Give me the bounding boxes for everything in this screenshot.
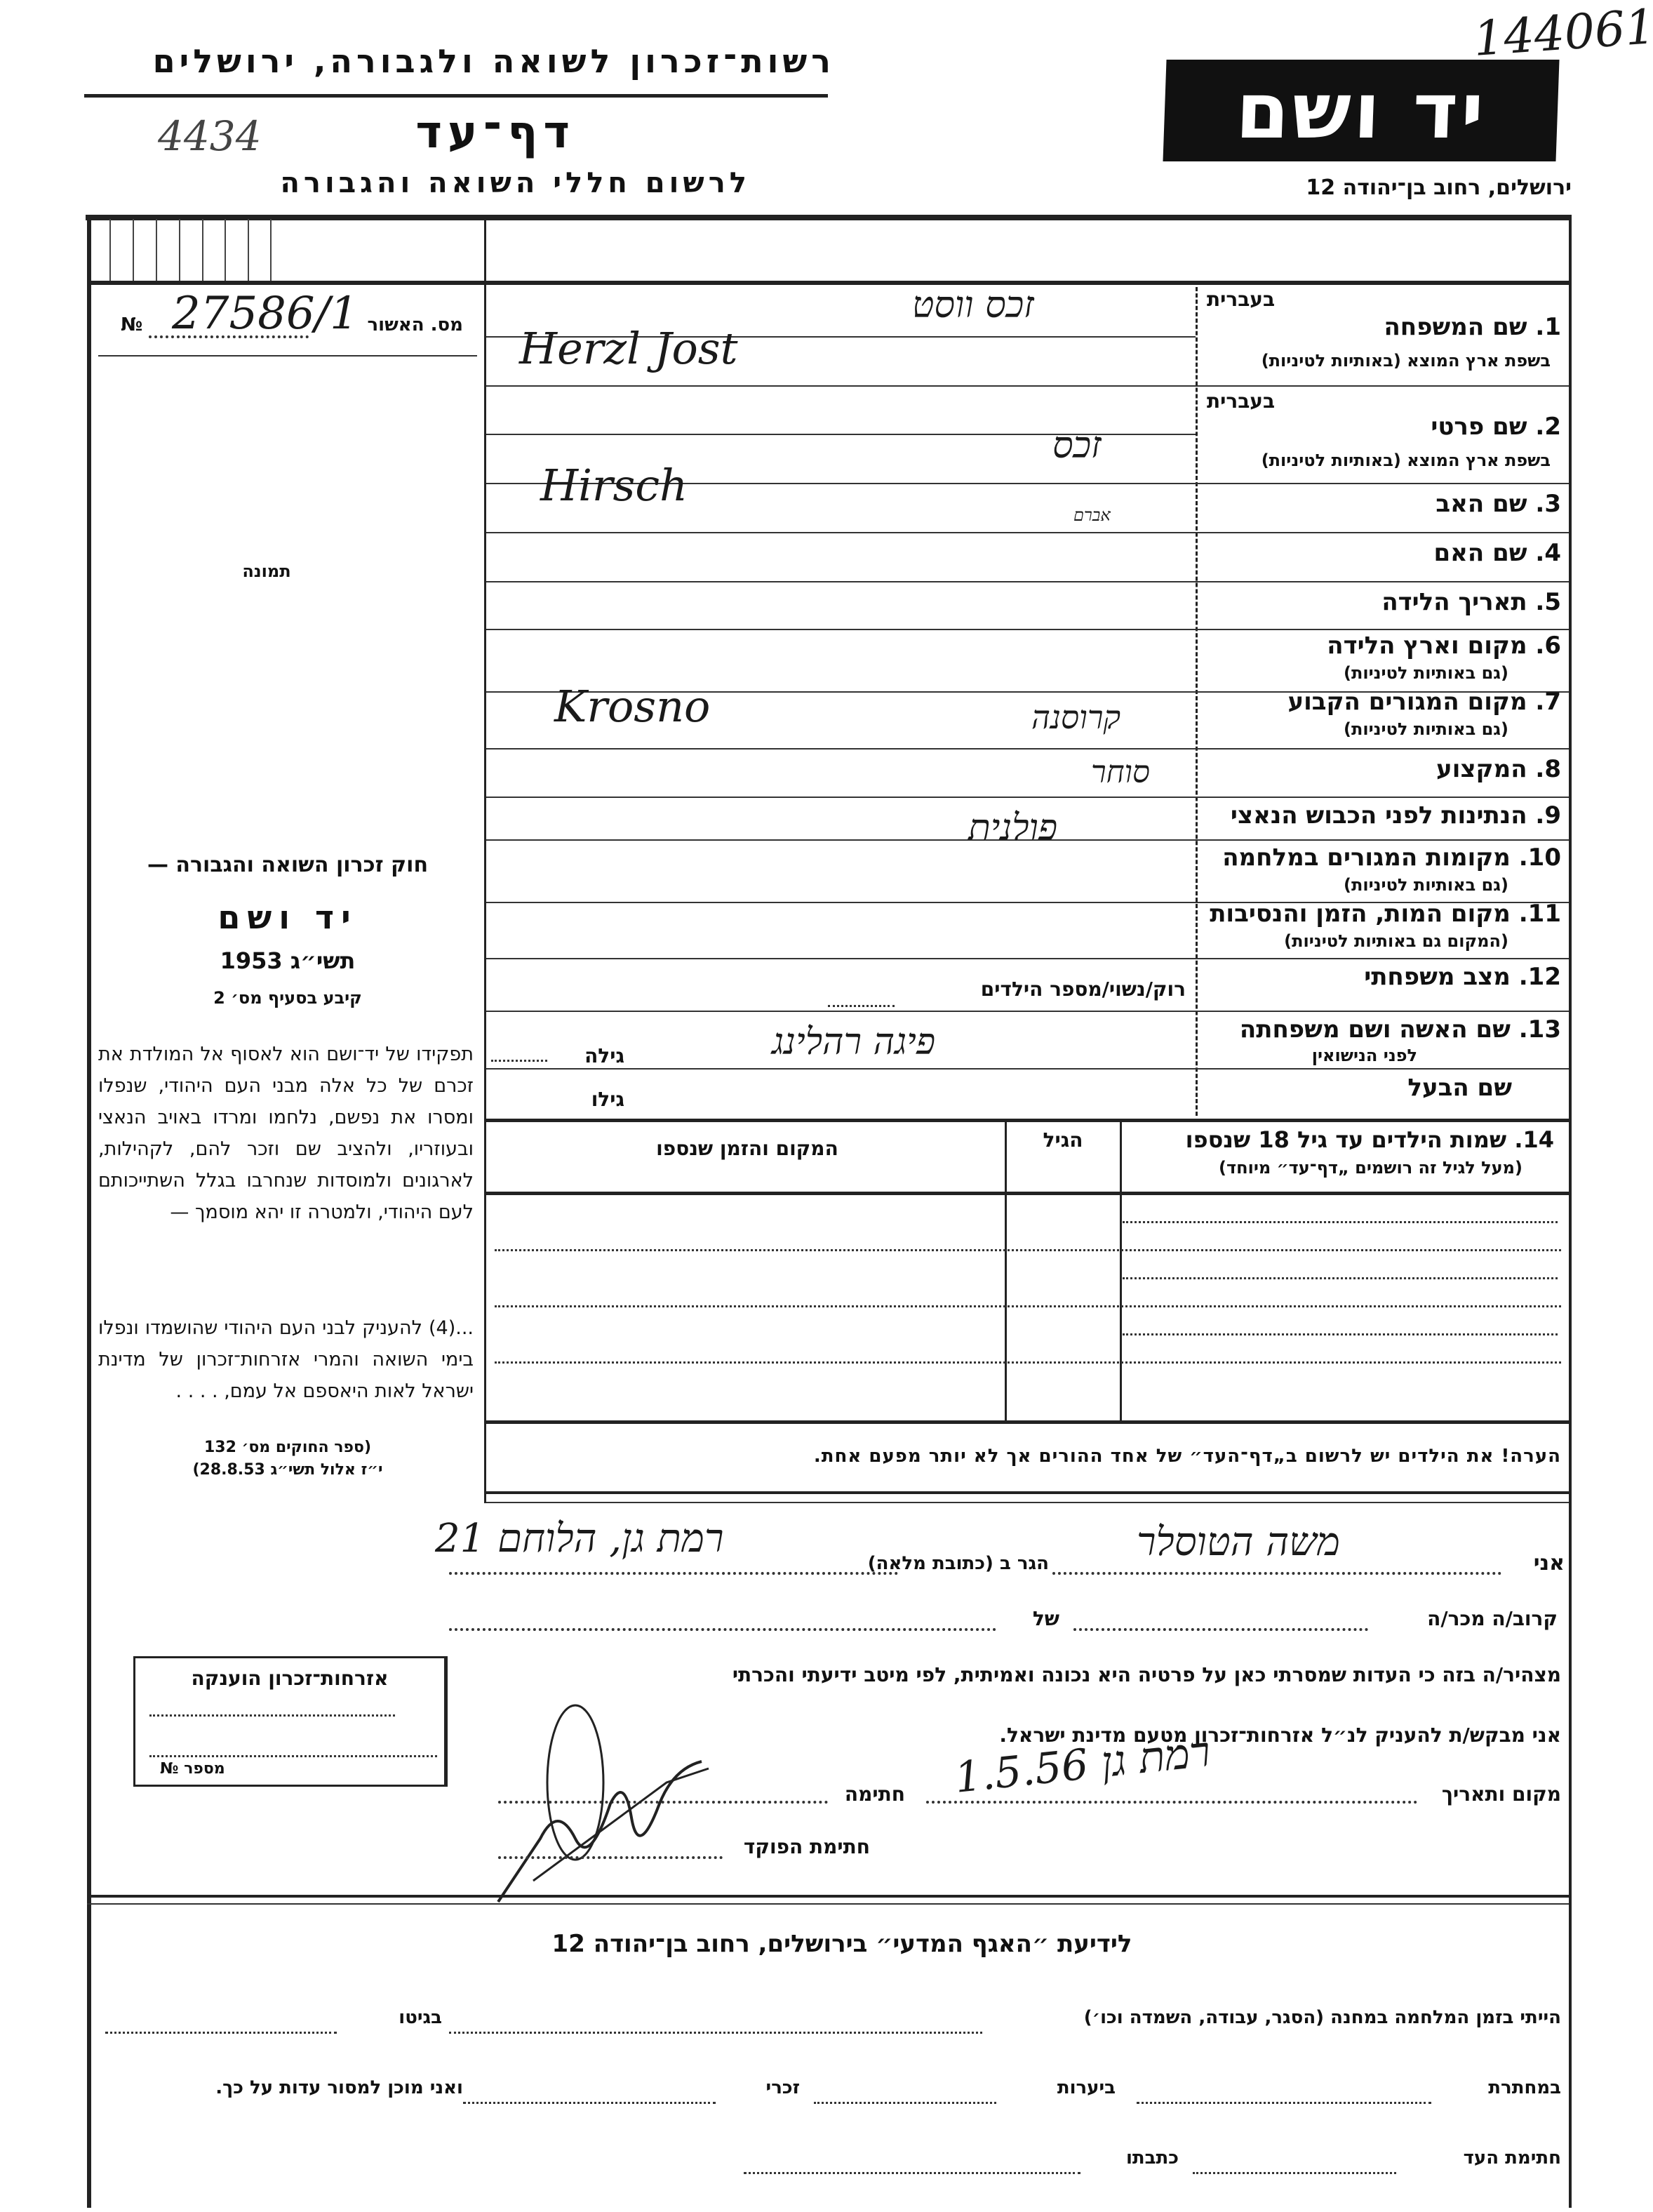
surname-latin-value[interactable]: Herzl Jost [519,323,738,374]
citizenship-box-line [149,1714,395,1717]
of-label: של [1010,1607,1059,1630]
field-10-label: 10. מקומות המגורים במלחמה [1200,844,1561,872]
ready-to-testify: ואני מוכן למסור עדות על כך. [84,2077,463,2098]
field-11-label: 11. מקום המות, הזמן והנסיבות [1200,900,1561,928]
underground-line [1137,2102,1431,2104]
law-title: חוק זכרון השואה והגבורה — [105,853,470,877]
children-col-age: הגיל [1007,1128,1119,1152]
row-divider [486,1011,1569,1012]
declarant-name-value[interactable]: משה הטוסלר [1137,1519,1340,1565]
approval-no-symbol: № [121,314,142,335]
officer-signature-line [498,1856,723,1859]
wife-name-value[interactable]: פיגה רהלינג [772,1021,935,1063]
row-divider [486,1068,1569,1070]
children-table-header-bottom [486,1192,1569,1195]
children-row[interactable] [495,1249,1561,1251]
field-13-label: 13. שם האשה ושם משפחתה [1207,1015,1561,1044]
grid-bottom [87,281,1569,285]
box-divider [225,219,226,281]
footer-title: לידיעת ״האגף המדעי״ בירושלים, רחוב בן־יה… [421,1930,1263,1958]
place-date-label: מקום ותאריך [1424,1783,1561,1806]
row-divider [486,385,1569,387]
label-column-divider [1196,281,1198,1116]
wife-age-label: גילה [554,1044,624,1067]
field-13-sub: לפני הנישואין [1207,1046,1417,1065]
organization-name: רשות־זכרון לשואה ולגבורה, ירושלים [84,42,835,80]
address-value[interactable]: רמת גן, הלוחם 21 [435,1516,724,1561]
field-7-sub: (גם באותיות לטיניות) [1207,719,1508,739]
surname-hebrew-value[interactable]: זכס ווסט [912,284,1034,326]
children-label: 14. שמות הילדים עד גיל 18 שנספו [1130,1126,1554,1153]
box-divider [133,219,134,281]
field-5-label: 5. תאריך הלידה [1207,588,1561,616]
box-divider [202,219,203,281]
children-row[interactable] [495,1361,1561,1364]
field-1-sub: בשפת ארץ המוצא (באותיות לטיניות) [1200,351,1551,371]
children-sub: (מעל לגיל זה רושמים „דף־עד״ מיוחד) [1130,1158,1522,1178]
field-3-label: 3. שם האב [1207,490,1561,518]
children-table-top [486,1119,1569,1122]
law-name: יד ושם [105,898,470,936]
marital-status-options: רוק/נשוי/מספר הילדים [877,978,1186,1001]
archive-number: 144061 [1472,0,1653,67]
ghetto-line [105,2032,337,2034]
field-12-label: 12. מצב משפחתי [1207,963,1561,991]
witness-address-line [744,2172,1080,2174]
field-8-label: 8. המקצוע [1207,755,1561,783]
citizenship-box-number-label: מספר № [160,1760,225,1778]
frame-top [86,215,1570,220]
witness-signature-label: חתימת העד [1403,2147,1561,2168]
children-row[interactable] [1123,1277,1558,1279]
citizenship-box-title: אזרחות־זכרון הוענקה [135,1667,444,1690]
row-divider [486,797,1569,798]
law-year: תשי״ג 1953 [105,947,470,974]
row-divider [486,532,1569,533]
forests-label: ביערות [1010,2077,1116,2098]
children-row[interactable] [495,1305,1561,1307]
children-row[interactable] [1123,1221,1558,1223]
field-1-number: 1. [1535,313,1561,341]
field-6-label: 6. מקום וארץ הלידה [1207,632,1561,660]
ghetto-label: בגיטו [351,2007,442,2028]
box-divider [248,219,249,281]
form-title: דף־עד [309,107,575,159]
children-col-divider [1120,1119,1122,1420]
row-divider [486,629,1569,630]
declarant-label: אני [1508,1551,1565,1575]
field-2-label-text: שם פרטי [1431,413,1527,441]
field-2-sub: בשפת ארץ המוצא (באותיות לטיניות) [1200,451,1551,470]
remember-label: זכרי [730,2077,800,2098]
field-1-hebrew-tag: בעברית [1207,288,1312,311]
row-divider [486,581,1569,582]
forests-line [814,2102,996,2104]
declaration-bottom-rule [87,1895,1569,1898]
profession-value[interactable]: סוחר [1091,754,1150,790]
field-2-hebrew-tag: בעברית [1207,389,1312,413]
children-col-divider [1005,1119,1007,1420]
box-divider [109,219,111,281]
residence-latin-value[interactable]: Krosno [554,681,710,732]
firstname-hebrew-value[interactable]: זכס [1052,425,1102,467]
camp-label: הייתי בזמן המלחמה במחנה (הסגר, עבודה, הש… [996,2007,1561,2028]
husband-age-label: גילו [554,1088,624,1111]
law-text-purpose: תפקידו של יד־ושם הוא לאסוף אל המולדת את … [98,1039,474,1228]
note-rule [486,1491,1569,1494]
father-name-hebrew-value[interactable]: אברם [1073,505,1111,526]
row-divider [486,958,1569,959]
children-col-place: המקום והזמן שנספו [491,1137,1003,1160]
witness-address-label: כתבתו [1095,2147,1179,2168]
signature-label: חתימה [835,1783,905,1806]
row-divider [486,748,1569,749]
declarant-name-line [1052,1572,1501,1575]
declaration-bottom-rule-2 [87,1903,1569,1905]
nationality-value[interactable]: פולנית [968,807,1057,849]
address-line [449,1572,898,1575]
underground-label: במחתרת [1438,2077,1561,2098]
address-label: הגר ב (כתובת מלאה) [902,1553,1049,1574]
photo-label: תמונה [210,561,323,581]
relation-line [1073,1628,1368,1631]
wife-age-line [491,1060,547,1062]
children-note: הערה! את הילדים יש לרשום ב„דף־העד״ של אח… [491,1446,1561,1467]
witness-signature-line [1193,2172,1396,2174]
frame-left [87,215,91,2208]
box-divider [156,219,157,281]
form-subtitle: לרשום חללי השואה והגבורה [168,167,751,199]
box-divider [270,219,272,281]
remember-line [463,2102,716,2104]
frame-right [1569,215,1572,2208]
officer-signature-label: חתימת הפוקד [730,1835,870,1858]
approval-divider [98,355,477,357]
field-2-number: 2. [1535,413,1561,441]
handwritten-sheet-number: 4434 [158,112,262,160]
citizenship-box-line [149,1755,437,1757]
place-date-line [926,1801,1417,1804]
approval-label: מס. האשור [309,314,463,335]
father-name-value[interactable]: Hirsch [540,460,688,511]
law-reference: (ספר החוקים מס׳ 132 [105,1439,470,1456]
field-4-label: 4. שם האם [1207,539,1561,567]
children-row[interactable] [1123,1333,1558,1335]
law-text-citizenship: ...(4) להעניק לבני העם היהודי שהושמדו ונ… [98,1312,474,1407]
husband-name-label: שם הבעל [1207,1074,1512,1102]
citizenship-box: אזרחות־זכרון הוענקה מספר № [133,1656,448,1787]
field-11-sub: (המקום גם באותיות לטיניות) [1200,931,1508,951]
yad-vashem-logo: יד ושם [1163,60,1559,161]
field-10-sub: (גם באותיות לטיניות) [1207,875,1508,895]
field-1-label: 1. שם המשפחה [1207,313,1561,341]
left-column-divider [484,219,486,1503]
field-2-label: 2. שם פרטי [1207,413,1561,441]
header-rule [84,94,828,98]
field-1-label-text: שם המשפחה [1384,313,1527,341]
relation-label: קרוב/ה מכר/ה [1375,1607,1558,1630]
of-line [449,1628,996,1631]
children-table-bottom [486,1420,1569,1424]
camp-line [449,2032,982,2034]
residence-hebrew-value[interactable]: קרוסנה [1031,698,1120,736]
field-9-label: 9. הנתינות לפני הכבוש הנאצי [1200,801,1561,829]
address: ירושלים, רחוב בן־יהודה 12 [1165,175,1572,200]
witness-signature[interactable] [491,1677,842,1909]
children-count-line [828,1005,895,1007]
law-reference-date: י״ז אלול תשי״ג 28.8.53) [105,1461,470,1479]
law-section: קיבע בסעיף מס׳ 2 [105,988,470,1008]
box-divider [179,219,180,281]
field-6-sub: (גם באותיות לטיניות) [1207,663,1508,683]
field-7-label: 7. מקום המגורים הקבוע [1207,688,1561,716]
note-rule-2 [486,1502,1569,1503]
